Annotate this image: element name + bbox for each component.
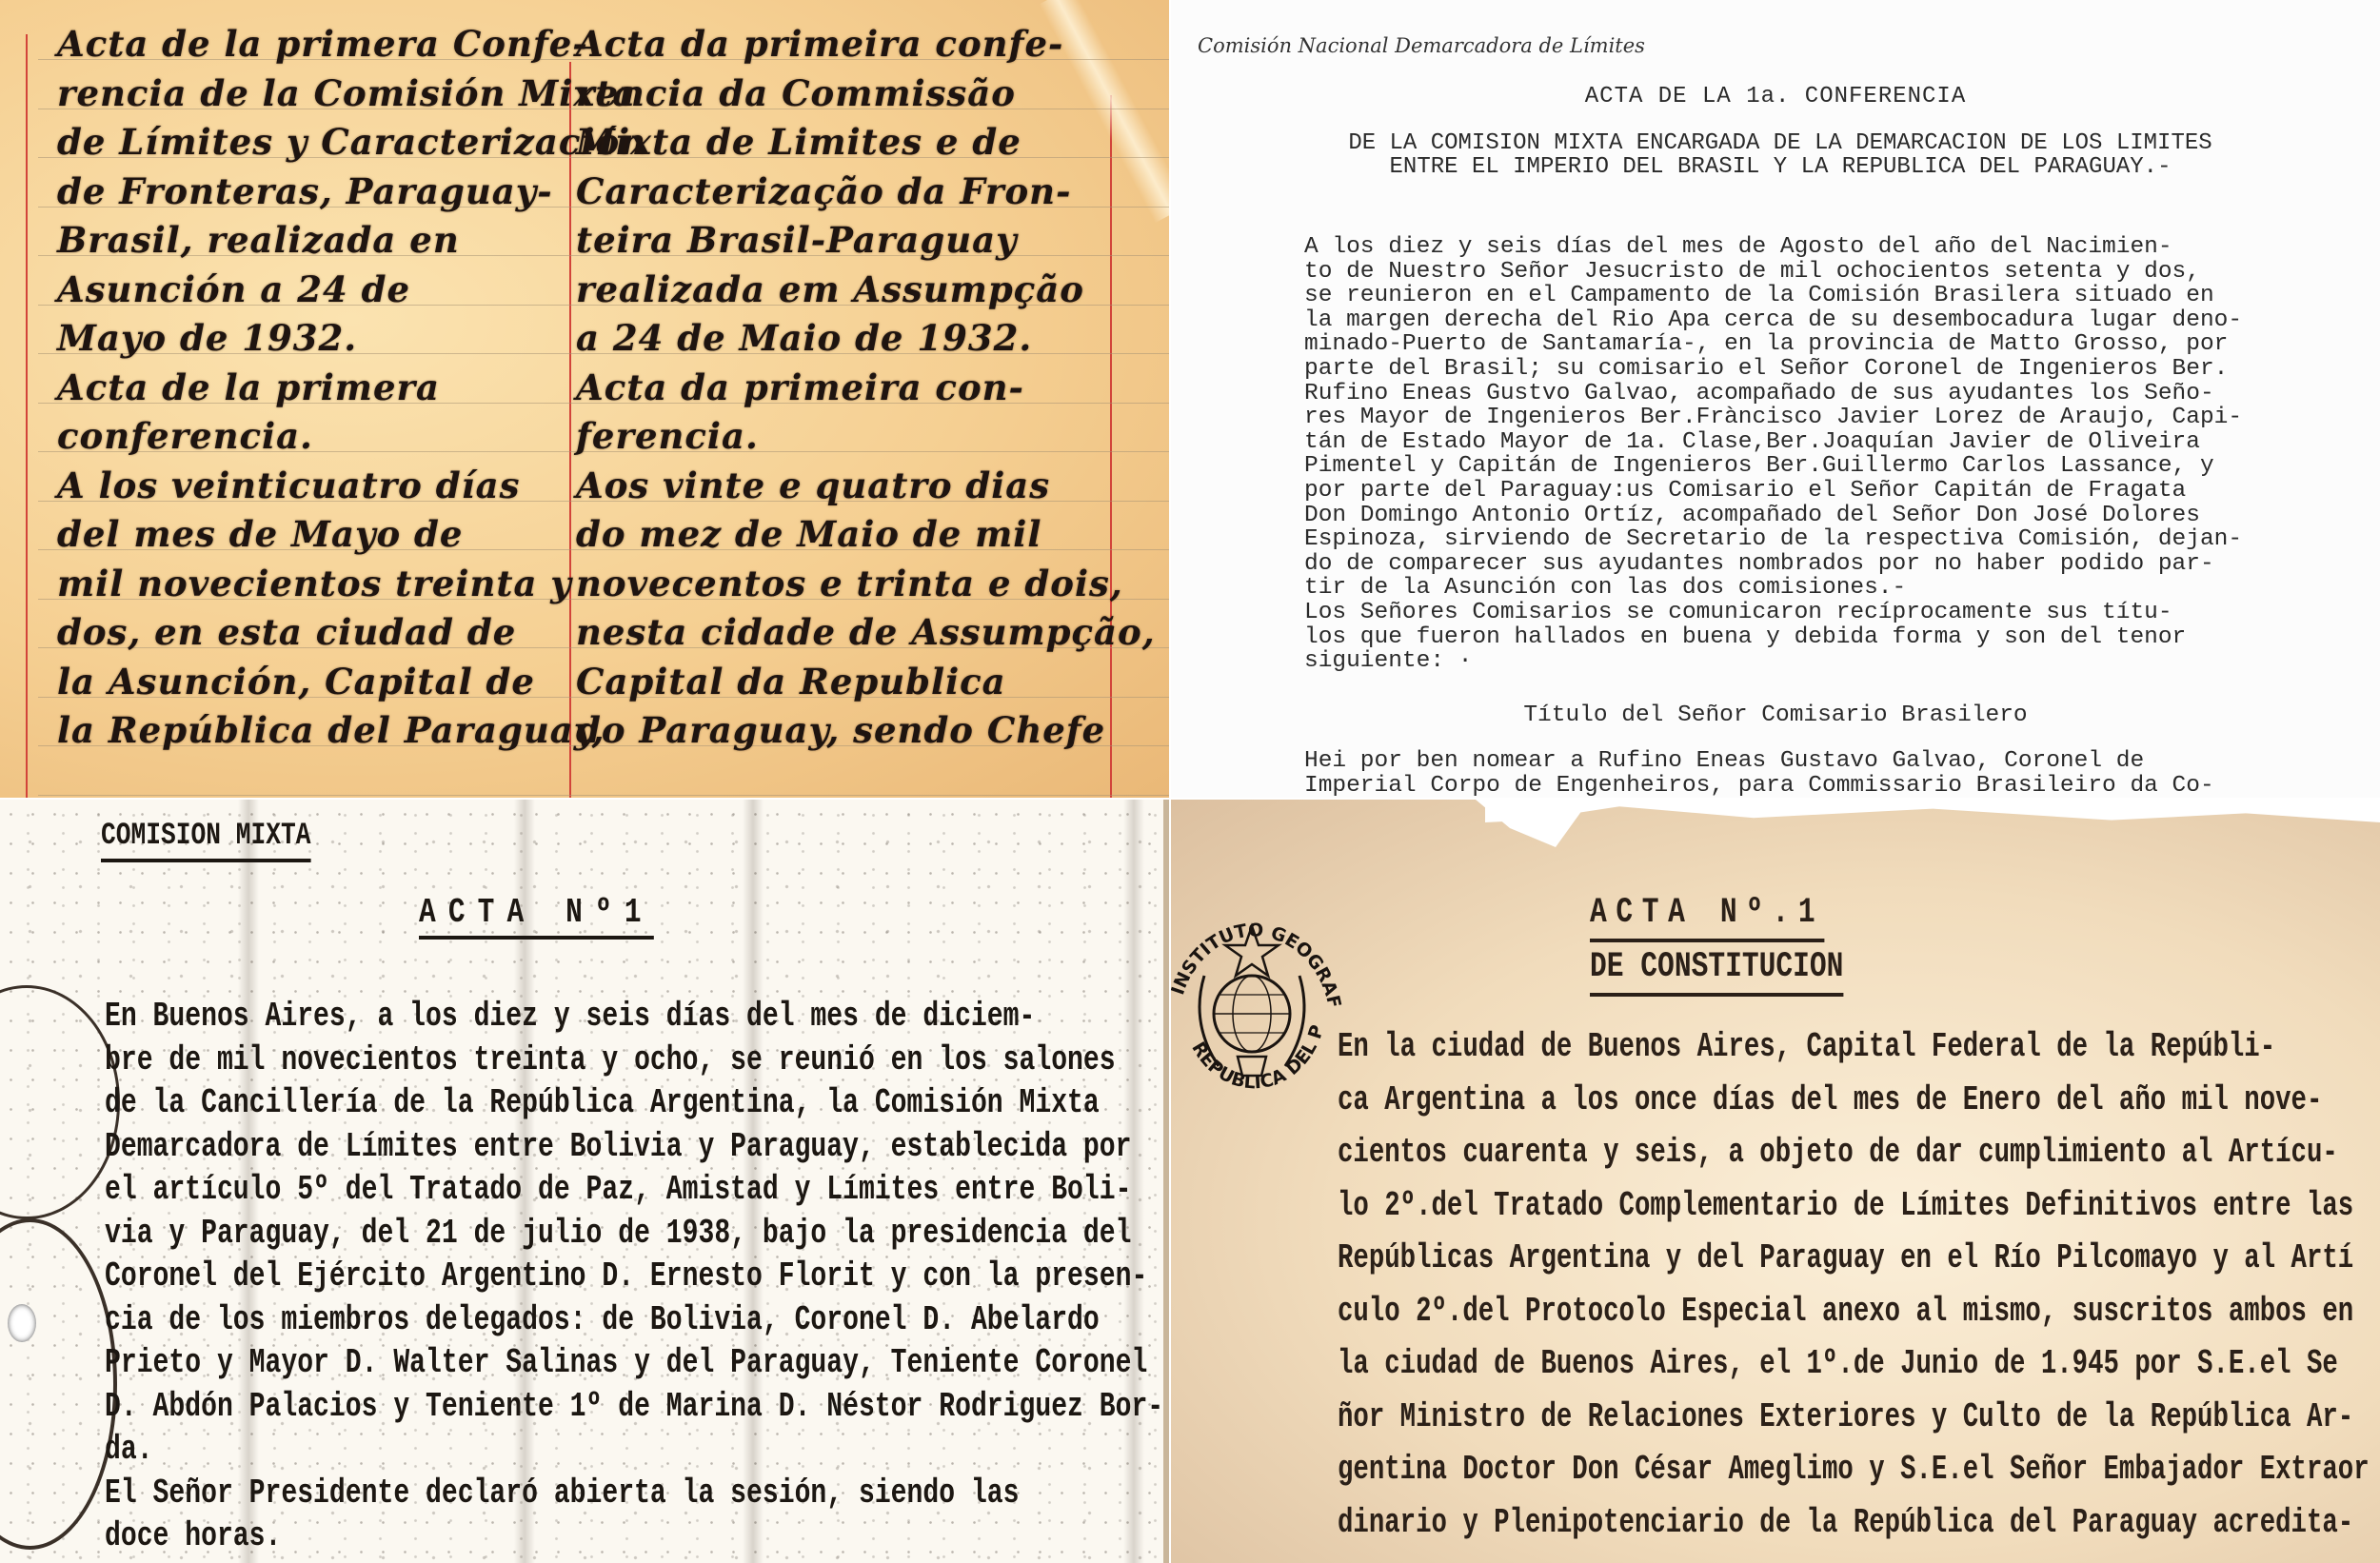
text-line: el artículo 5º del Tratado de Paz, Amist… [105, 1168, 996, 1212]
text-line: rencia da Commissão [576, 67, 1109, 116]
red-margin-line [26, 34, 28, 798]
text-line: da. [105, 1428, 996, 1472]
text-line: de Fronteras, Paraguay- [57, 165, 576, 214]
text-line: de la Cancillería de la República Argent… [105, 1081, 996, 1125]
section-body: Hei por ben nomear a Rufino Eneas Gustav… [1304, 749, 2332, 798]
document-header: COMISION MIXTA [101, 818, 310, 862]
text-line: ferencia. [576, 409, 1109, 459]
institute-seal-icon: INSTITUTO GEOGRAFICO MILITAR REPUBLICA D… [1171, 861, 1342, 1118]
text-line: los que fueron hallados en buena y debid… [1304, 625, 2332, 650]
text-line: ñor Ministro de Relaciones Exteriores y … [1338, 1391, 2278, 1444]
text-line: cientos cuarenta y seis, a objeto de dar… [1338, 1126, 2278, 1179]
text-line: cia de los miembros delegados: de Bolivi… [105, 1298, 996, 1342]
text-line: do de comparecer sus ayudantes nombrados… [1304, 552, 2332, 577]
text-line: Mixta de Limites e de [576, 115, 1109, 165]
text-line: tán de Estado Mayor de 1a. Clase,Ber.Joa… [1304, 430, 2332, 455]
document-title: ACTA Nº.1 [1590, 893, 1824, 942]
text-line: Prieto y Mayor D. Walter Salinas y del P… [105, 1341, 996, 1385]
text-line: Caracterização da Fron- [576, 165, 1109, 214]
typed-acta-1872-panel: Comisión Nacional Demarcadora de Límites… [1171, 0, 2380, 798]
text-line: Don Domingo Antonio Ortíz, acompañado de… [1304, 504, 2332, 528]
document-body: En la ciudad de Buenos Aires, Capital Fe… [1338, 1020, 2278, 1549]
portuguese-column: Acta da primeira confe-rencia da Commiss… [576, 17, 1109, 753]
text-line: de Límites y Caracterización [57, 115, 576, 165]
text-line: nesta cidade de Assumpção, [576, 605, 1109, 655]
subtitle-line: DE LA COMISION MIXTA ENCARGADA DE LA DEM… [1304, 131, 2256, 155]
typed-acta-1946-panel: INSTITUTO GEOGRAFICO MILITAR REPUBLICA D… [1171, 800, 2380, 1563]
text-line: la ciudad de Buenos Aires, el 1º.de Juni… [1338, 1337, 2278, 1391]
text-line: se reunieron en el Campamento de la Comi… [1304, 284, 2332, 308]
text-line: la República del Paraguay, [57, 703, 576, 753]
text-line: Hei por ben nomear a Rufino Eneas Gustav… [1304, 749, 2332, 774]
text-line: Aos vinte e quatro dias [576, 459, 1109, 508]
typed-acta-1938-panel: COMISION MIXTA ACTA Nº1 En Buenos Aires,… [0, 800, 1169, 1563]
letterhead: Comisión Nacional Demarcadora de Límites [1198, 34, 1645, 57]
text-line: Repúblicas Argentina y del Paraguay en e… [1338, 1232, 2278, 1285]
text-line: del mes de Mayo de [57, 507, 576, 557]
document-title: ACTA Nº1 [419, 893, 654, 940]
text-line: rencia de la Comisión Mixta [57, 67, 576, 116]
spanish-column: Acta de la primera Confe-rencia de la Co… [57, 17, 576, 753]
text-line: Acta de la primera [57, 361, 576, 410]
text-line: A los diez y seis días del mes de Agosto… [1304, 235, 2332, 260]
text-line: res Mayor de Ingenieros Ber.Fràncisco Ja… [1304, 406, 2332, 430]
document-body: En Buenos Aires, a los diez y seis días … [105, 995, 996, 1558]
text-line: parte del Brasil; su comisario el Señor … [1304, 357, 2332, 382]
text-line: Capital da Republica [576, 655, 1109, 704]
document-body: A los diez y seis días del mes de Agosto… [1304, 235, 2332, 674]
text-line: Los Señores Comisarios se comunicaron re… [1304, 601, 2332, 625]
text-line: culo 2º.del Protocolo Especial anexo al … [1338, 1285, 2278, 1338]
svg-text:INSTITUTO GEOGRAFICO MILITAR: INSTITUTO GEOGRAFICO MILITAR [1171, 861, 1342, 1010]
text-line: novecentos e trinta e dois, [576, 557, 1109, 606]
text-line: siguiente: · [1304, 649, 2332, 674]
text-line: conferencia. [57, 409, 576, 459]
handwritten-ledger-panel: Acta de la primera Confe-rencia de la Co… [0, 0, 1169, 798]
text-line: dinario y Plenipotenciario de la Repúbli… [1338, 1496, 2278, 1550]
text-line: Pimentel y Capitán de Ingenieros Ber.Gui… [1304, 454, 2332, 479]
text-line: Imperial Corpo de Engenheiros, para Comm… [1304, 774, 2332, 798]
text-line: Rufino Eneas Gustvo Galvao, acompañado d… [1304, 382, 2332, 406]
text-line: En la ciudad de Buenos Aires, Capital Fe… [1338, 1020, 2278, 1074]
text-line: do mez de Maio de mil [576, 507, 1109, 557]
text-line: ca Argentina a los once días del mes de … [1338, 1074, 2278, 1127]
text-line: do Paraguay, sendo Chefe [576, 703, 1109, 753]
torn-edge [1485, 800, 2380, 822]
text-line: a 24 de Maio de 1932. [576, 311, 1109, 361]
text-line: D. Abdón Palacios y Teniente 1º de Marin… [105, 1385, 996, 1429]
torn-edge [1476, 800, 1590, 847]
text-line: la Asunción, Capital de [57, 655, 576, 704]
text-line: El Señor Presidente declaró abierta la s… [105, 1472, 996, 1515]
text-line: Acta da primeira confe- [576, 17, 1109, 67]
ruled-line [38, 795, 1169, 796]
subtitle-line: ENTRE EL IMPERIO DEL BRASIL Y LA REPUBLI… [1304, 155, 2256, 179]
text-line: Espinoza, sirviendo de Secretario de la … [1304, 527, 2332, 552]
text-line: realizada em Assumpção [576, 263, 1109, 312]
text-line: A los veinticuatro días [57, 459, 576, 508]
document-title: ACTA DE LA 1a. CONFERENCIA [1171, 84, 2380, 109]
text-line: Mayo de 1932. [57, 311, 576, 361]
text-line: tir de la Asunción con las dos comisione… [1304, 576, 2332, 601]
text-line: lo 2º.del Tratado Complementario de Lími… [1338, 1179, 2278, 1233]
text-line: Acta de la primera Confe- [57, 17, 576, 67]
text-line: doce horas. [105, 1514, 996, 1558]
text-line: Demarcadora de Límites entre Bolivia y P… [105, 1125, 996, 1169]
text-line: dos, en esta ciudad de [57, 605, 576, 655]
text-line: minado-Puerto de Santamaría-, en la prov… [1304, 332, 2332, 357]
text-line: mil novecientos treinta y [57, 557, 576, 606]
text-line: Asunción a 24 de [57, 263, 576, 312]
text-line: gentina Doctor Don César Ameglimo y S.E.… [1338, 1443, 2278, 1496]
text-line: la margen derecha del Rio Apa cerca de s… [1304, 308, 2332, 333]
text-line: En Buenos Aires, a los diez y seis días … [105, 995, 996, 1039]
text-line: bre de mil novecientos treinta y ocho, s… [105, 1039, 996, 1082]
document-subtitle: DE CONSTITUCION [1590, 947, 1843, 997]
page-edge [1163, 800, 1169, 1563]
document-subtitle: DE LA COMISION MIXTA ENCARGADA DE LA DEM… [1304, 131, 2256, 179]
text-line: to de Nuestro Señor Jesucristo de mil oc… [1304, 260, 2332, 285]
section-title: Título del Señor Comisario Brasilero [1171, 702, 2380, 728]
red-margin-line [1110, 95, 1112, 798]
text-line: Coronel del Ejército Argentino D. Ernest… [105, 1255, 996, 1298]
text-line: via y Paraguay, del 21 de julio de 1938,… [105, 1212, 996, 1256]
punch-hole [8, 1304, 36, 1342]
text-line: por parte del Paraguay:us Comisario el S… [1304, 479, 2332, 504]
text-line: Acta da primeira con- [576, 361, 1109, 410]
text-line: teira Brasil-Paraguay [576, 213, 1109, 263]
text-line: Brasil, realizada en [57, 213, 576, 263]
